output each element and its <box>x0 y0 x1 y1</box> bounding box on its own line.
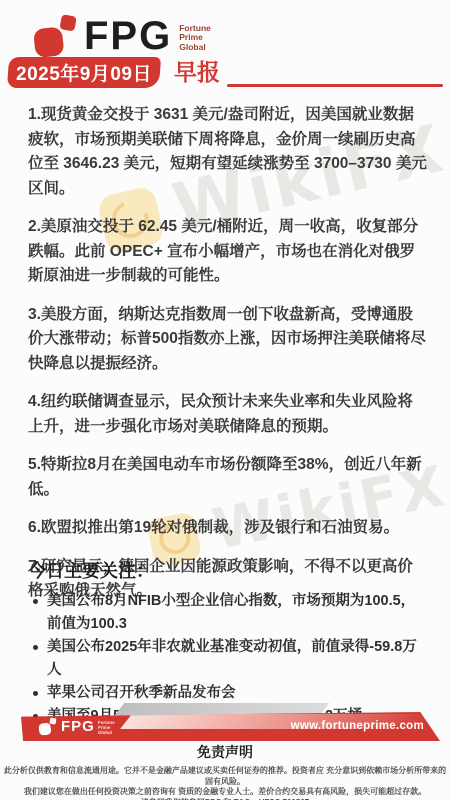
focus-item-text: 美国公布2025年非农就业基准变动初值，前值录得-59.8万人 <box>47 639 417 678</box>
article-paragraph: 1.现货黄金交投于 3631 美元/盎司附近，因美国就业数据疲软，市场预期美联储… <box>28 103 427 201</box>
disclaimer-line: 我们建议您在做出任何投资决策之前咨询有 资质的金融专业人士。差价合约交易具有高风… <box>0 787 450 798</box>
disclaimer-title: 免责声明 <box>0 742 450 762</box>
news-articles: 1.现货黄金交投于 3631 美元/盎司附近，因美国就业数据疲软，市场预期美联储… <box>28 103 427 618</box>
focus-item-text: 苹果公司召开秋季新品发布会 <box>47 685 236 701</box>
footer-logo-tagline: Fortune Prime Global <box>98 720 115 735</box>
bullet-icon <box>33 645 38 650</box>
footer-fpg-logo: FPG Fortune Prime Global <box>38 717 115 736</box>
tagline-line: Global <box>179 43 211 53</box>
date-text: 2025年9月09日 <box>16 59 152 86</box>
fpg-logo-word: FPG <box>84 14 172 58</box>
article-paragraph: 6.欧盟拟推出第19轮对俄制裁，涉及银行和石油贸易。 <box>28 516 427 541</box>
date-banner: 2025年9月09日 早报 <box>0 57 443 88</box>
fpg-logo-tagline: Fortune Prime Global <box>179 24 211 53</box>
article-paragraph: 5.特斯拉8月在美国电动车市场份额降至38%，创近八年新低。 <box>28 453 427 502</box>
disclaimer-section: 免责声明 此分析仅供教育和信息流通用途。它并不是金融产品建议或买卖任何证券的推荐… <box>0 742 450 800</box>
disclaimer-line: 此分析仅供教育和信息流通用途。它并不是金融产品建议或买卖任何证券的推荐。投资者应… <box>0 766 450 787</box>
bullet-icon <box>33 599 38 604</box>
focus-heading: 今日主要关注： <box>28 557 427 583</box>
edition-label: 早报 <box>174 57 220 87</box>
article-paragraph: 2.美原油交投于 62.45 美元/桶附近，周一收高，收复部分跌幅。此前 OPE… <box>28 215 427 289</box>
tagline-line: Global <box>98 730 115 735</box>
bullet-icon <box>33 691 38 696</box>
article-paragraph: 3.美股方面，纳斯达克指数周一创下收盘新高，受博通股价大涨带动；标普500指数亦… <box>28 303 427 377</box>
footer-banner: FPG Fortune Prime Global www.fortuneprim… <box>0 700 450 744</box>
focus-item-text: 美国公布8月NFIB小型企业信心指数，市场预期为100.5，前值为100.3 <box>47 593 415 632</box>
fpg-logo: FPG Fortune Prime Global <box>32 13 211 59</box>
fpg-logo-icon <box>32 13 78 59</box>
disclaimer-body: 此分析仅供教育和信息流通用途。它并不是金融产品建议或买卖任何证券的推荐。投资者应… <box>0 766 450 800</box>
footer-red-ribbon: FPG Fortune Prime Global www.fortuneprim… <box>21 712 440 741</box>
focus-item: 美国公布2025年非农就业基准变动初值，前值录得-59.8万人 <box>28 636 427 682</box>
fpg-logo-icon <box>38 717 57 736</box>
focus-item: 美国公布8月NFIB小型企业信心指数，市场预期为100.5，前值为100.3 <box>28 590 427 636</box>
header-divider <box>227 84 443 87</box>
footer-website-link[interactable]: www.fortuneprime.com <box>291 720 424 732</box>
newsletter-page: WikiFX WikiFX FPG Fortune Prime Global 2… <box>0 0 450 800</box>
tagline-line: Fortune <box>98 720 115 725</box>
date-badge: 2025年9月09日 <box>7 57 161 88</box>
footer-logo-word: FPG <box>61 718 95 735</box>
article-paragraph: 4.纽约联储调查显示，民众预计未来失业率和失业风险将上升，进一步强化市场对美联储… <box>28 390 427 439</box>
